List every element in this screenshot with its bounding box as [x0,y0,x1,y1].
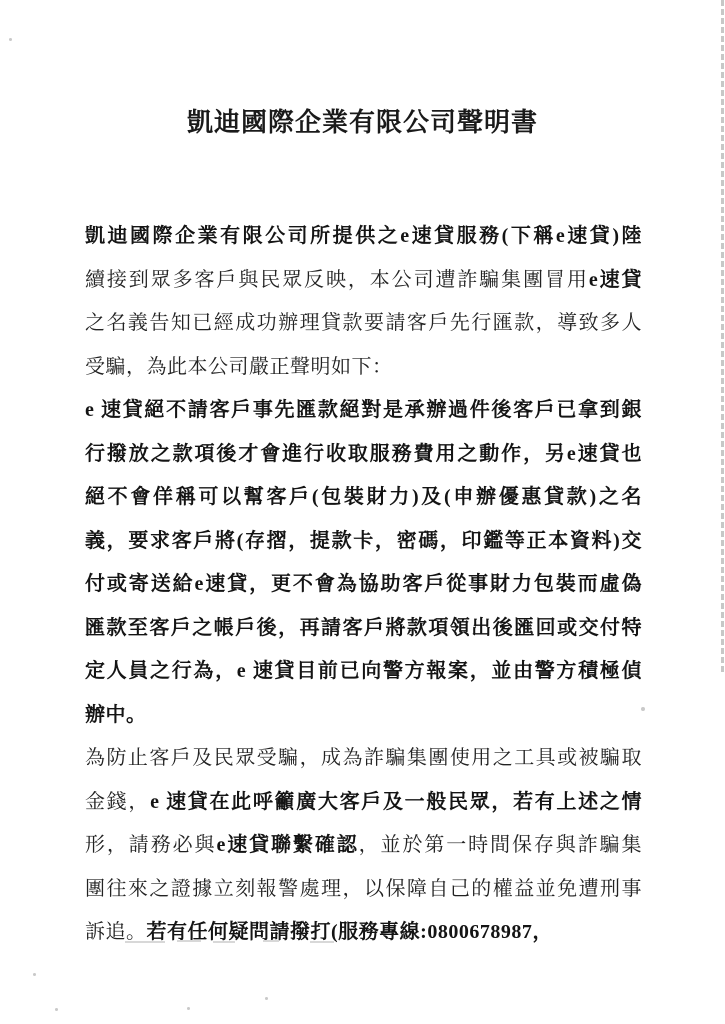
scan-artifact-speck [9,38,12,41]
text-segment: 形，請務必與 [85,834,216,856]
text-segment: 辦中。 [85,704,147,726]
scan-artifact-streak [310,941,334,943]
text-segment: 金錢， [85,791,150,813]
text-line: 匯款至客戶之帳戶後，再請客戶將款項領出後匯回或交付特 [85,607,642,651]
scan-artifact-speck [55,1008,58,1011]
text-segment: 定人員之行為，e 速貸目前已向警方報案，並由警方積極偵 [85,660,642,682]
scan-artifact-speck [641,707,645,711]
scan-artifact-streak [213,941,235,943]
text-line: 行撥放之款項後才會進行收取服務費用之動作，另e速貸也 [85,433,642,477]
text-segment: e 速貸在此呼籲廣大客戶及一般民眾，若有上述之情 [150,791,642,813]
scan-artifact-speck [33,973,36,976]
text-line: 定人員之行為，e 速貸目前已向警方報案，並由警方積極偵 [85,650,642,694]
text-segment: 續接到眾多客戶與民眾反映，本公司遭詐騙集團冒用 [85,269,589,291]
text-segment: 匯款至客戶之帳戶後，再請客戶將款項領出後匯回或交付特 [85,617,642,639]
text-segment: 若有任何疑問請撥打(服務專線:0800678987， [147,921,553,943]
scan-artifact-speck [265,997,268,1000]
text-line: 形，請務必與e速貸聯繫確認，並於第一時間保存與詐騙集 [85,824,642,868]
text-segment: ，並於第一時間保存與詐騙集 [359,834,642,856]
text-segment: 付或寄送給e速貸，更不會為協助客戶從事財力包裝而虛偽 [85,573,642,595]
text-segment: 訴追。 [85,921,147,943]
text-line: 絕不會佯稱可以幫客戶(包裝財力)及(申辦優惠貸款)之名 [85,476,642,520]
text-segment: 行撥放之款項後才會進行收取服務費用之動作，另e速貸也 [85,443,642,465]
text-segment: 義，要求客戶將(存摺，提款卡，密碼，印鑑等正本資料)交 [85,530,642,552]
text-line: 受騙，為此本公司嚴正聲明如下： [85,346,642,390]
text-segment: 受騙，為此本公司嚴正聲明如下： [85,356,393,378]
scan-artifact-speck [187,1007,190,1010]
text-segment: 團往來之證據立刻報警處理，以保障自己的權益並免遭刑事 [85,878,642,900]
text-segment: 之名義告知已經成功辦理貸款要請客戶先行匯款，導致多人 [85,312,642,334]
text-line: 團往來之證據立刻報警處理，以保障自己的權益並免遭刑事 [85,868,642,912]
text-line: e 速貸絕不請客戶事先匯款絕對是承辦過件後客戶已拿到銀 [85,389,642,433]
text-segment: e速貸 [589,269,642,291]
text-line: 金錢，e 速貸在此呼籲廣大客戶及一般民眾，若有上述之情 [85,781,642,825]
scan-artifact-streak [177,940,201,942]
text-line: 為防止客戶及民眾受騙，成為詐騙集團使用之工具或被騙取 [85,737,642,781]
text-line: 付或寄送給e速貸，更不會為協助客戶從事財力包裝而虛偽 [85,563,642,607]
text-line: 之名義告知已經成功辦理貸款要請客戶先行匯款，導致多人 [85,302,642,346]
document-title: 凱迪國際企業有限公司聲明書 [0,102,725,139]
text-line: 訴追。若有任何疑問請撥打(服務專線:0800678987， [85,911,642,955]
scan-artifact-streak [125,941,165,943]
text-line: 義，要求客戶將(存摺，提款卡，密碼，印鑑等正本資料)交 [85,520,642,564]
document-body: 凱迪國際企業有限公司所提供之e速貸服務(下稱e速貸)陸續接到眾多客戶與民眾反映，… [85,215,642,955]
scan-artifact-streak [263,940,279,942]
text-segment: 絕不會佯稱可以幫客戶(包裝財力)及(申辦優惠貸款)之名 [85,486,642,508]
text-segment: e 速貸絕不請客戶事先匯款絕對是承辦過件後客戶已拿到銀 [85,399,642,421]
text-segment: 為防止客戶及民眾受騙，成為詐騙集團使用之工具或被騙取 [85,747,642,769]
text-line: 凱迪國際企業有限公司所提供之e速貸服務(下稱e速貸)陸 [85,215,642,259]
text-line: 續接到眾多客戶與民眾反映，本公司遭詐騙集團冒用e速貸 [85,259,642,303]
text-line: 辦中。 [85,694,642,738]
document-page: 凱迪國際企業有限公司聲明書 凱迪國際企業有限公司所提供之e速貸服務(下稱e速貸)… [0,0,725,1024]
scan-artifact-right-edge-line [721,0,724,672]
text-segment: e速貸聯繫確認 [216,834,358,856]
text-segment: 凱迪國際企業有限公司所提供之e速貸服務(下稱e速貸)陸 [85,225,642,247]
